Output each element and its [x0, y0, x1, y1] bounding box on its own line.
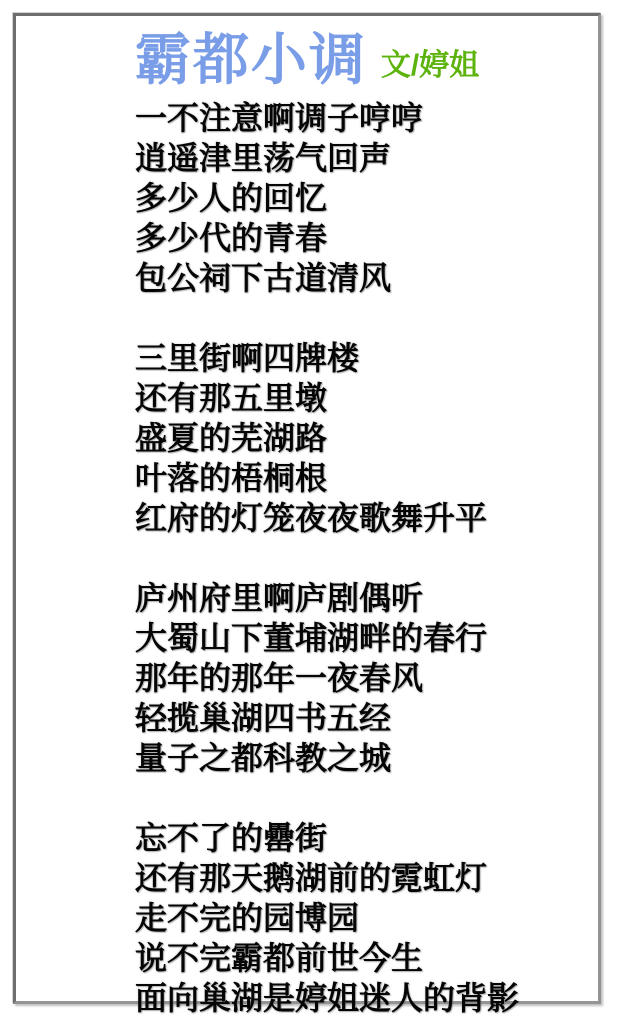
page-title: 霸都小调 — [135, 28, 367, 92]
poem-line: 走不完的园博园 — [135, 898, 588, 938]
poem-line: 忘不了的罍街 — [135, 818, 588, 858]
poem-line: 逍遥津里荡气回声 — [135, 138, 588, 178]
poem-line: 大蜀山下董埔湖畔的春行 — [135, 618, 588, 658]
poem-line: 那年的那年一夜春风 — [135, 658, 588, 698]
stanza: 三里街啊四牌楼还有那五里墩盛夏的芜湖路叶落的梧桐根红府的灯笼夜夜歌舞升平 — [135, 338, 588, 538]
stanza: 忘不了的罍街还有那天鹅湖前的霓虹灯走不完的园博园说不完霸都前世今生面向巢湖是婷姐… — [135, 818, 588, 1018]
poem-line: 多少人的回忆 — [135, 178, 588, 218]
poem-line: 轻揽巢湖四书五经 — [135, 698, 588, 738]
poem-line: 包公祠下古道清风 — [135, 258, 588, 298]
poem-line: 说不完霸都前世今生 — [135, 938, 588, 978]
poem-line: 红府的灯笼夜夜歌舞升平 — [135, 498, 588, 538]
poem-line: 叶落的梧桐根 — [135, 458, 588, 498]
stanza: 一不注意啊调子哼哼逍遥津里荡气回声多少人的回忆多少代的青春包公祠下古道清风 — [135, 98, 588, 298]
stanza: 庐州府里啊庐剧偶听大蜀山下董埔湖畔的春行那年的那年一夜春风轻揽巢湖四书五经量子之… — [135, 578, 588, 778]
document-header: 霸都小调文/婷姐 — [16, 16, 598, 92]
poem-line: 面向巢湖是婷姐迷人的背影 — [135, 978, 588, 1018]
poem: 一不注意啊调子哼哼逍遥津里荡气回声多少人的回忆多少代的青春包公祠下古道清风三里街… — [16, 98, 598, 1018]
poem-line: 一不注意啊调子哼哼 — [135, 98, 588, 138]
poem-line: 量子之都科教之城 — [135, 738, 588, 778]
byline: 文/婷姐 — [381, 40, 479, 84]
poem-line: 三里街啊四牌楼 — [135, 338, 588, 378]
poem-line: 庐州府里啊庐剧偶听 — [135, 578, 588, 618]
poem-line: 多少代的青春 — [135, 218, 588, 258]
poem-line: 还有那天鹅湖前的霓虹灯 — [135, 858, 588, 898]
poem-line: 盛夏的芜湖路 — [135, 418, 588, 458]
poem-line: 还有那五里墩 — [135, 378, 588, 418]
document-frame: 霸都小调文/婷姐 一不注意啊调子哼哼逍遥津里荡气回声多少人的回忆多少代的青春包公… — [13, 13, 601, 1004]
